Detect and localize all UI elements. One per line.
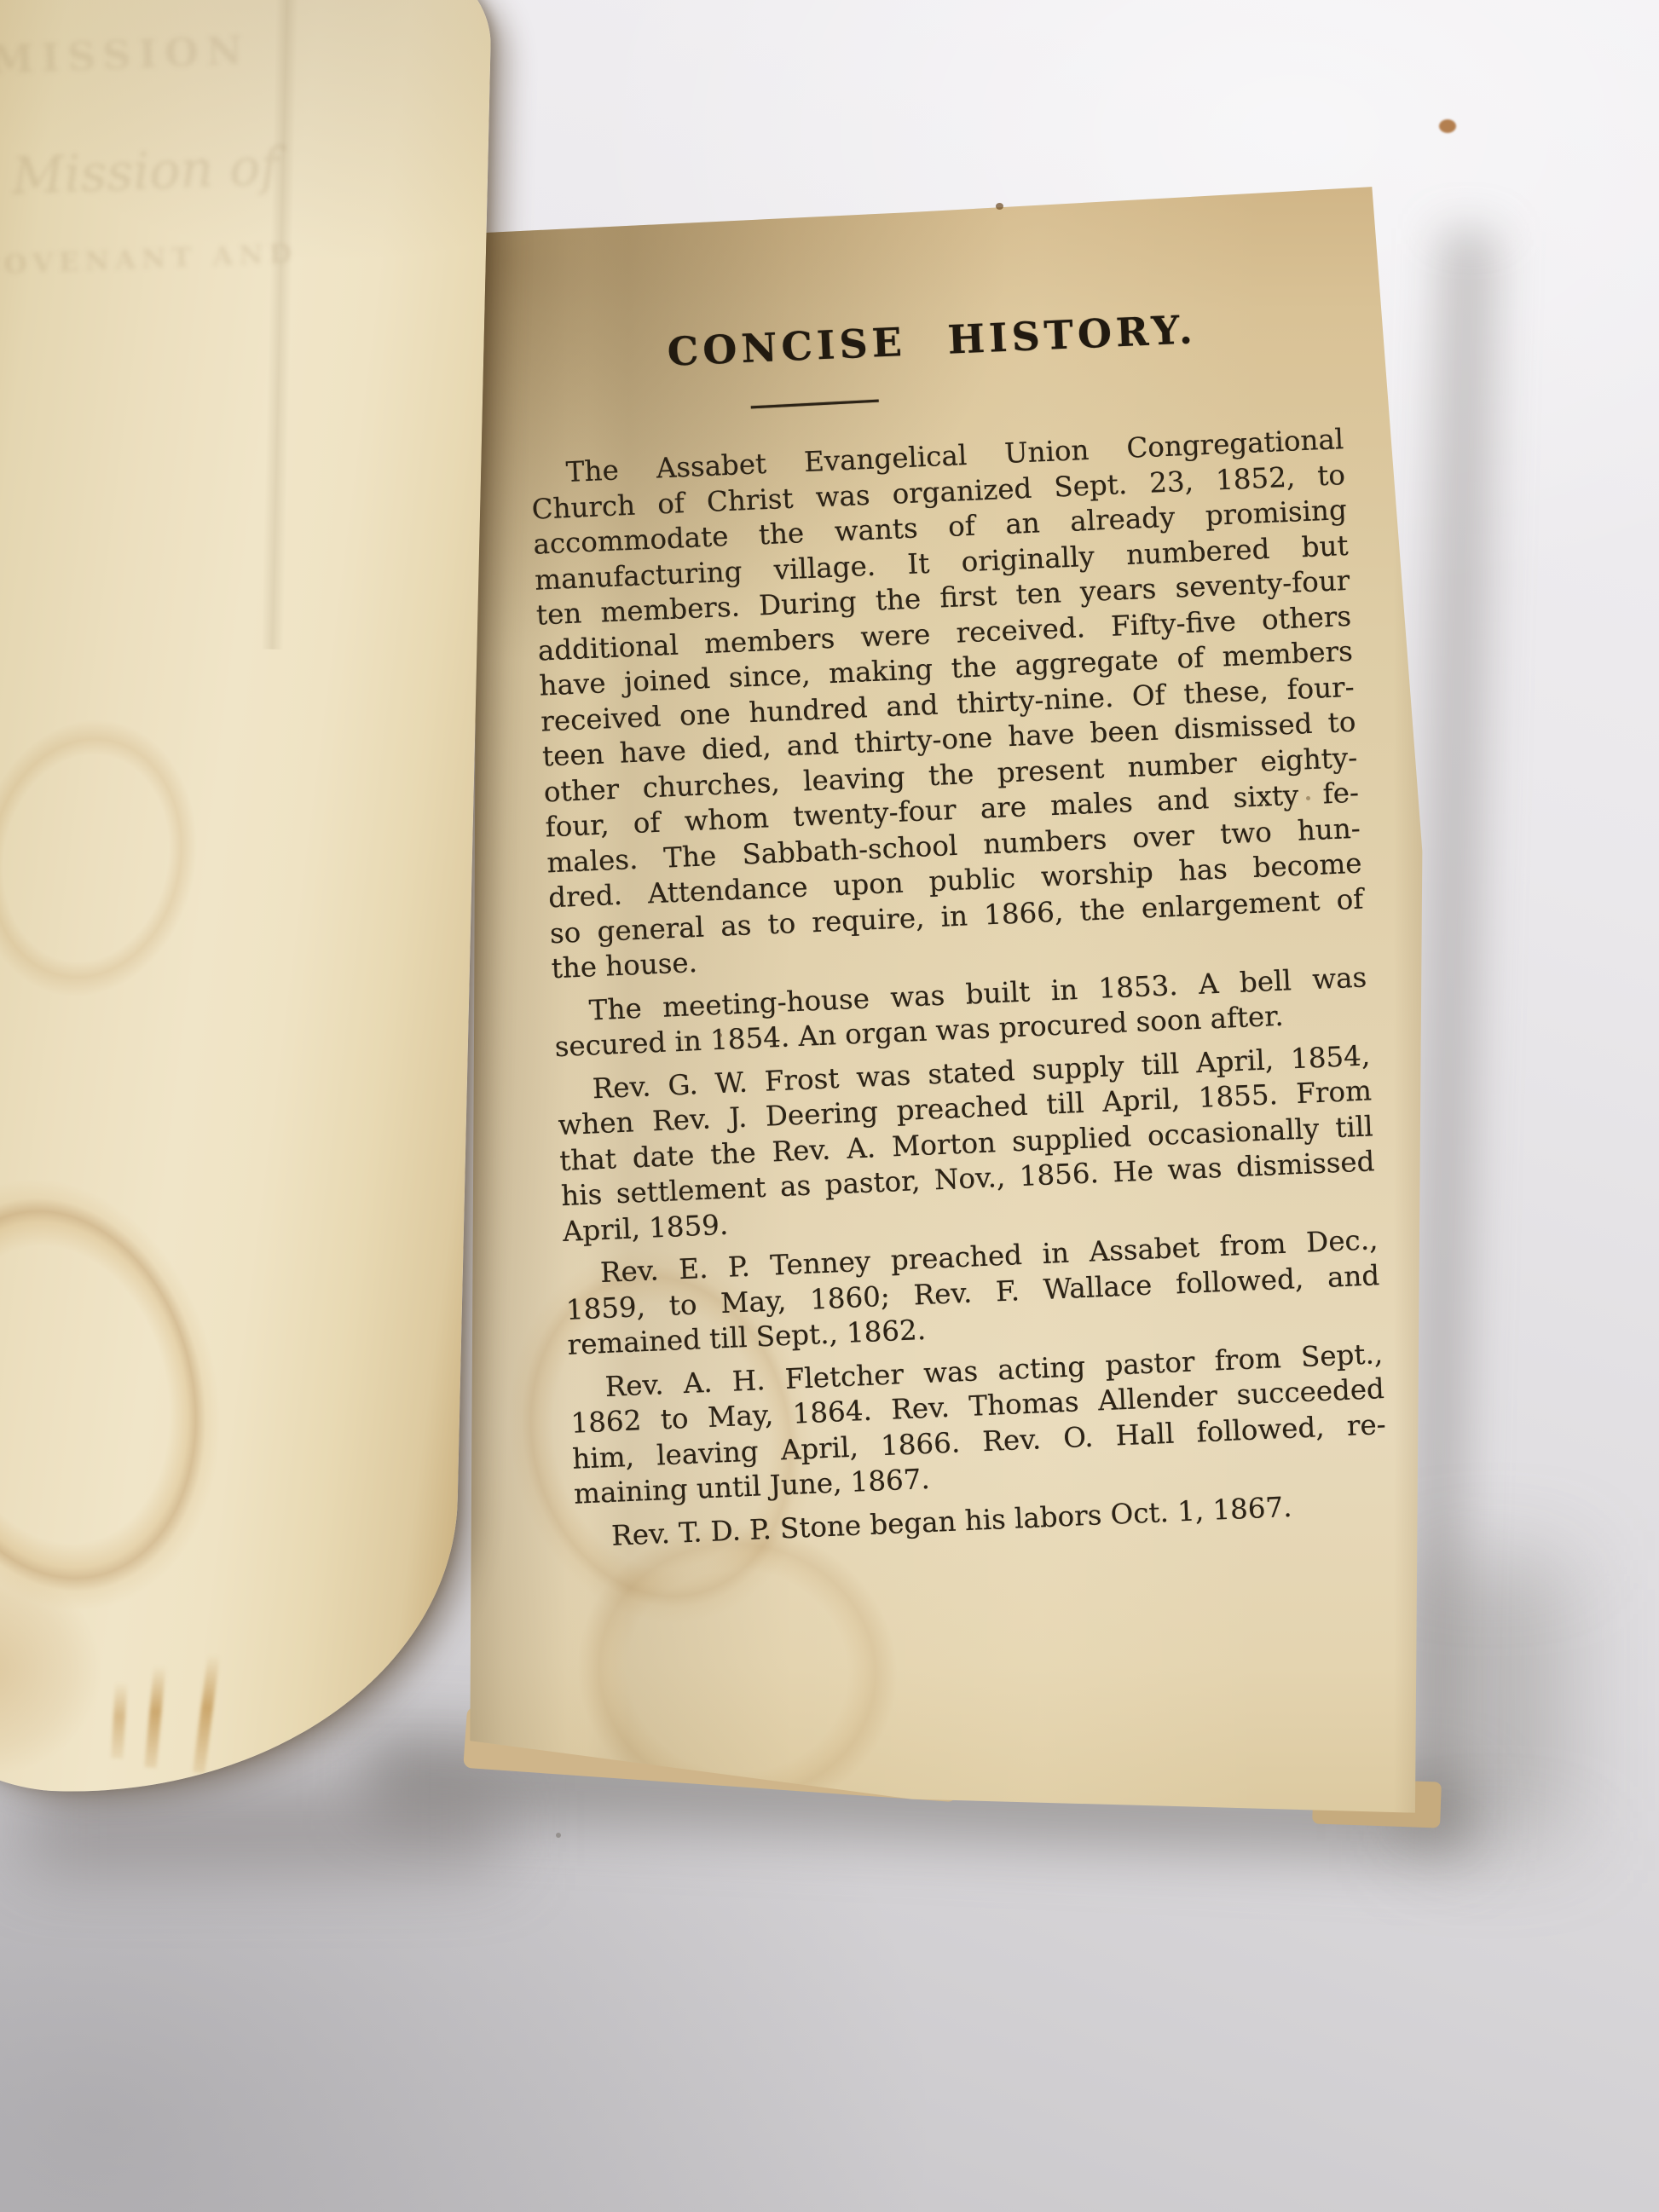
paragraph: The Assabet Evangelical Union Congregati… <box>529 422 1366 987</box>
stain-spot <box>996 203 1003 210</box>
stain-spot <box>1306 796 1310 800</box>
stain-spot <box>718 1033 722 1037</box>
title-rule <box>751 400 879 409</box>
stain-spot <box>556 1833 561 1838</box>
ghost-text-line: MISSION <box>0 27 251 84</box>
paragraph: Rev. G. W. Frost was stated supply till … <box>556 1038 1377 1250</box>
stain-spot <box>1439 119 1456 133</box>
text-block: CONCISE HISTORY. The Assabet Evangelical… <box>524 300 1390 1556</box>
ghost-text-line: Mission of <box>11 136 280 206</box>
paragraphs: The Assabet Evangelical Union Congregati… <box>529 422 1390 1556</box>
paragraph: Rev. A. H. Fletcher was acting pastor fr… <box>569 1337 1388 1513</box>
right-page: CONCISE HISTORY. The Assabet Evangelical… <box>443 158 1471 1871</box>
ghost-text-line: COVENANT AND <box>0 239 298 281</box>
left-page: MISSIONMission ofCOVENANT AND <box>0 0 493 1800</box>
